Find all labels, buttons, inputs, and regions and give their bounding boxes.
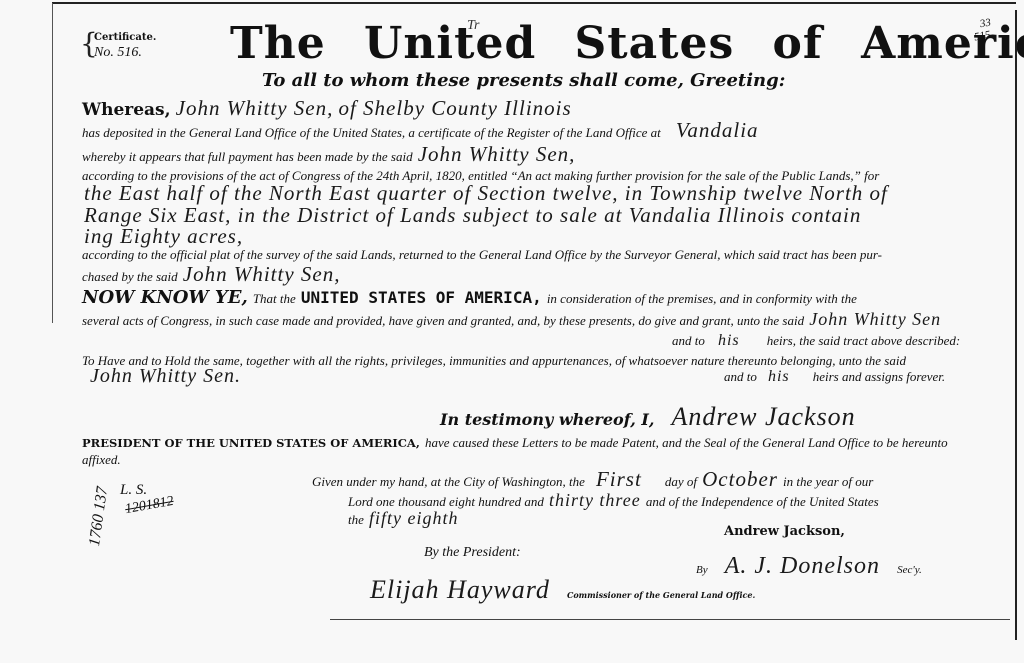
- grantee-name: John Whitty Sen,: [176, 96, 334, 120]
- margin-note-rotated: 1760 137: [86, 486, 112, 548]
- printed-text: and to: [672, 333, 705, 348]
- left-border: [52, 3, 53, 323]
- now-know-ye: NOW KNOW YE,: [82, 287, 248, 308]
- line-heirs: and to his heirs, the said tract above d…: [672, 330, 960, 350]
- secretary-title: Sec'y.: [897, 564, 922, 576]
- grantee-name: John Whitty Sen: [809, 309, 941, 329]
- testimony-lead: In testimony whereof, I,: [440, 410, 654, 429]
- pronoun: his: [718, 332, 740, 349]
- document-title: The United States of America,: [230, 18, 1024, 69]
- line-grant: several acts of Congress, in such case m…: [82, 309, 941, 330]
- printed-text: has deposited in the General Land Office…: [82, 125, 661, 140]
- top-border: [52, 2, 1016, 4]
- year-words: thirty three: [549, 490, 641, 510]
- commissioner-signature: Elijah Hayward: [370, 575, 550, 604]
- printed-text: That the: [253, 291, 296, 306]
- printed-text: have caused these Letters to be made Pat…: [425, 435, 948, 450]
- now-know-ye-line: NOW KNOW YE, That the UNITED STATES OF A…: [82, 287, 857, 308]
- printed-text: day of: [665, 474, 697, 489]
- margin-note-top: Tr: [467, 18, 479, 34]
- printed-text: Given under my hand, at the City of Wash…: [312, 474, 585, 489]
- independence-year-line: the fifty eighth: [348, 508, 458, 529]
- printed-text: several acts of Congress, in such case m…: [82, 313, 804, 328]
- printed-text: heirs, the said tract above described:: [767, 333, 961, 348]
- line-deposited: has deposited in the General Land Office…: [82, 118, 759, 143]
- pronoun: his: [768, 368, 790, 385]
- line-payment: whereby it appears that full payment has…: [82, 142, 575, 167]
- commissioner-line: Elijah Hayward Commissioner of the Gener…: [370, 575, 755, 605]
- president-printed-name: Andrew Jackson,: [724, 524, 845, 539]
- printed-text: chased by the said: [82, 269, 178, 284]
- printed-text: in the year of our: [783, 474, 873, 489]
- land-office: Vandalia: [676, 118, 759, 142]
- president-signature: Andrew Jackson: [672, 402, 856, 431]
- printed-text: Lord one thousand eight hundred and: [348, 494, 544, 509]
- president-caps: PRESIDENT OF THE UNITED STATES OF AMERIC…: [82, 436, 420, 450]
- affixed: affixed.: [82, 452, 121, 468]
- printed-text: and to: [724, 369, 757, 384]
- margin-note-right: 33 515: [971, 17, 994, 44]
- certificate-label: Certificate.: [94, 32, 156, 43]
- grantee-name: John Whitty Sen,: [183, 262, 341, 286]
- month: October: [702, 467, 778, 491]
- given-line: Given under my hand, at the City of Wash…: [312, 467, 873, 492]
- independence-year: fifty eighth: [369, 508, 458, 528]
- by-the-president: By the President:: [424, 545, 521, 561]
- printed-text: heirs and assigns forever.: [813, 369, 945, 384]
- whereas-label: Whereas,: [82, 100, 171, 120]
- printed-text: the: [348, 512, 364, 527]
- president-line: PRESIDENT OF THE UNITED STATES OF AMERIC…: [82, 432, 948, 451]
- margin-note-ls: L. S.: [120, 482, 147, 499]
- line-assigns: and to his heirs and assigns forever.: [724, 366, 945, 386]
- certificate-number: No. 516.: [94, 45, 142, 61]
- commissioner-title: Commissioner of the General Land Office.: [567, 590, 755, 600]
- printed-text: whereby it appears that full payment has…: [82, 149, 413, 164]
- right-border: [1015, 10, 1017, 640]
- line-plat: according to the official plat of the su…: [82, 244, 882, 263]
- county: of Shelby County Illinois: [338, 96, 571, 120]
- habendum-grantee: John Whitty Sen.: [90, 365, 241, 388]
- day: First: [596, 467, 642, 491]
- printed-text: and of the Independence of the United St…: [646, 494, 879, 509]
- grantee-name: John Whitty Sen,: [418, 142, 576, 166]
- printed-text: according to the official plat of the su…: [82, 247, 882, 262]
- bottom-rule: [330, 619, 1010, 620]
- greeting: To all to whom these presents shall come…: [262, 70, 785, 91]
- printed-text: in consideration of the premises, and in…: [547, 291, 857, 306]
- testimony-line: In testimony whereof, I, Andrew Jackson: [440, 402, 856, 432]
- line-purchased: chased by the said John Whitty Sen,: [82, 262, 340, 287]
- usa-caps: UNITED STATES OF AMERICA,: [301, 288, 542, 307]
